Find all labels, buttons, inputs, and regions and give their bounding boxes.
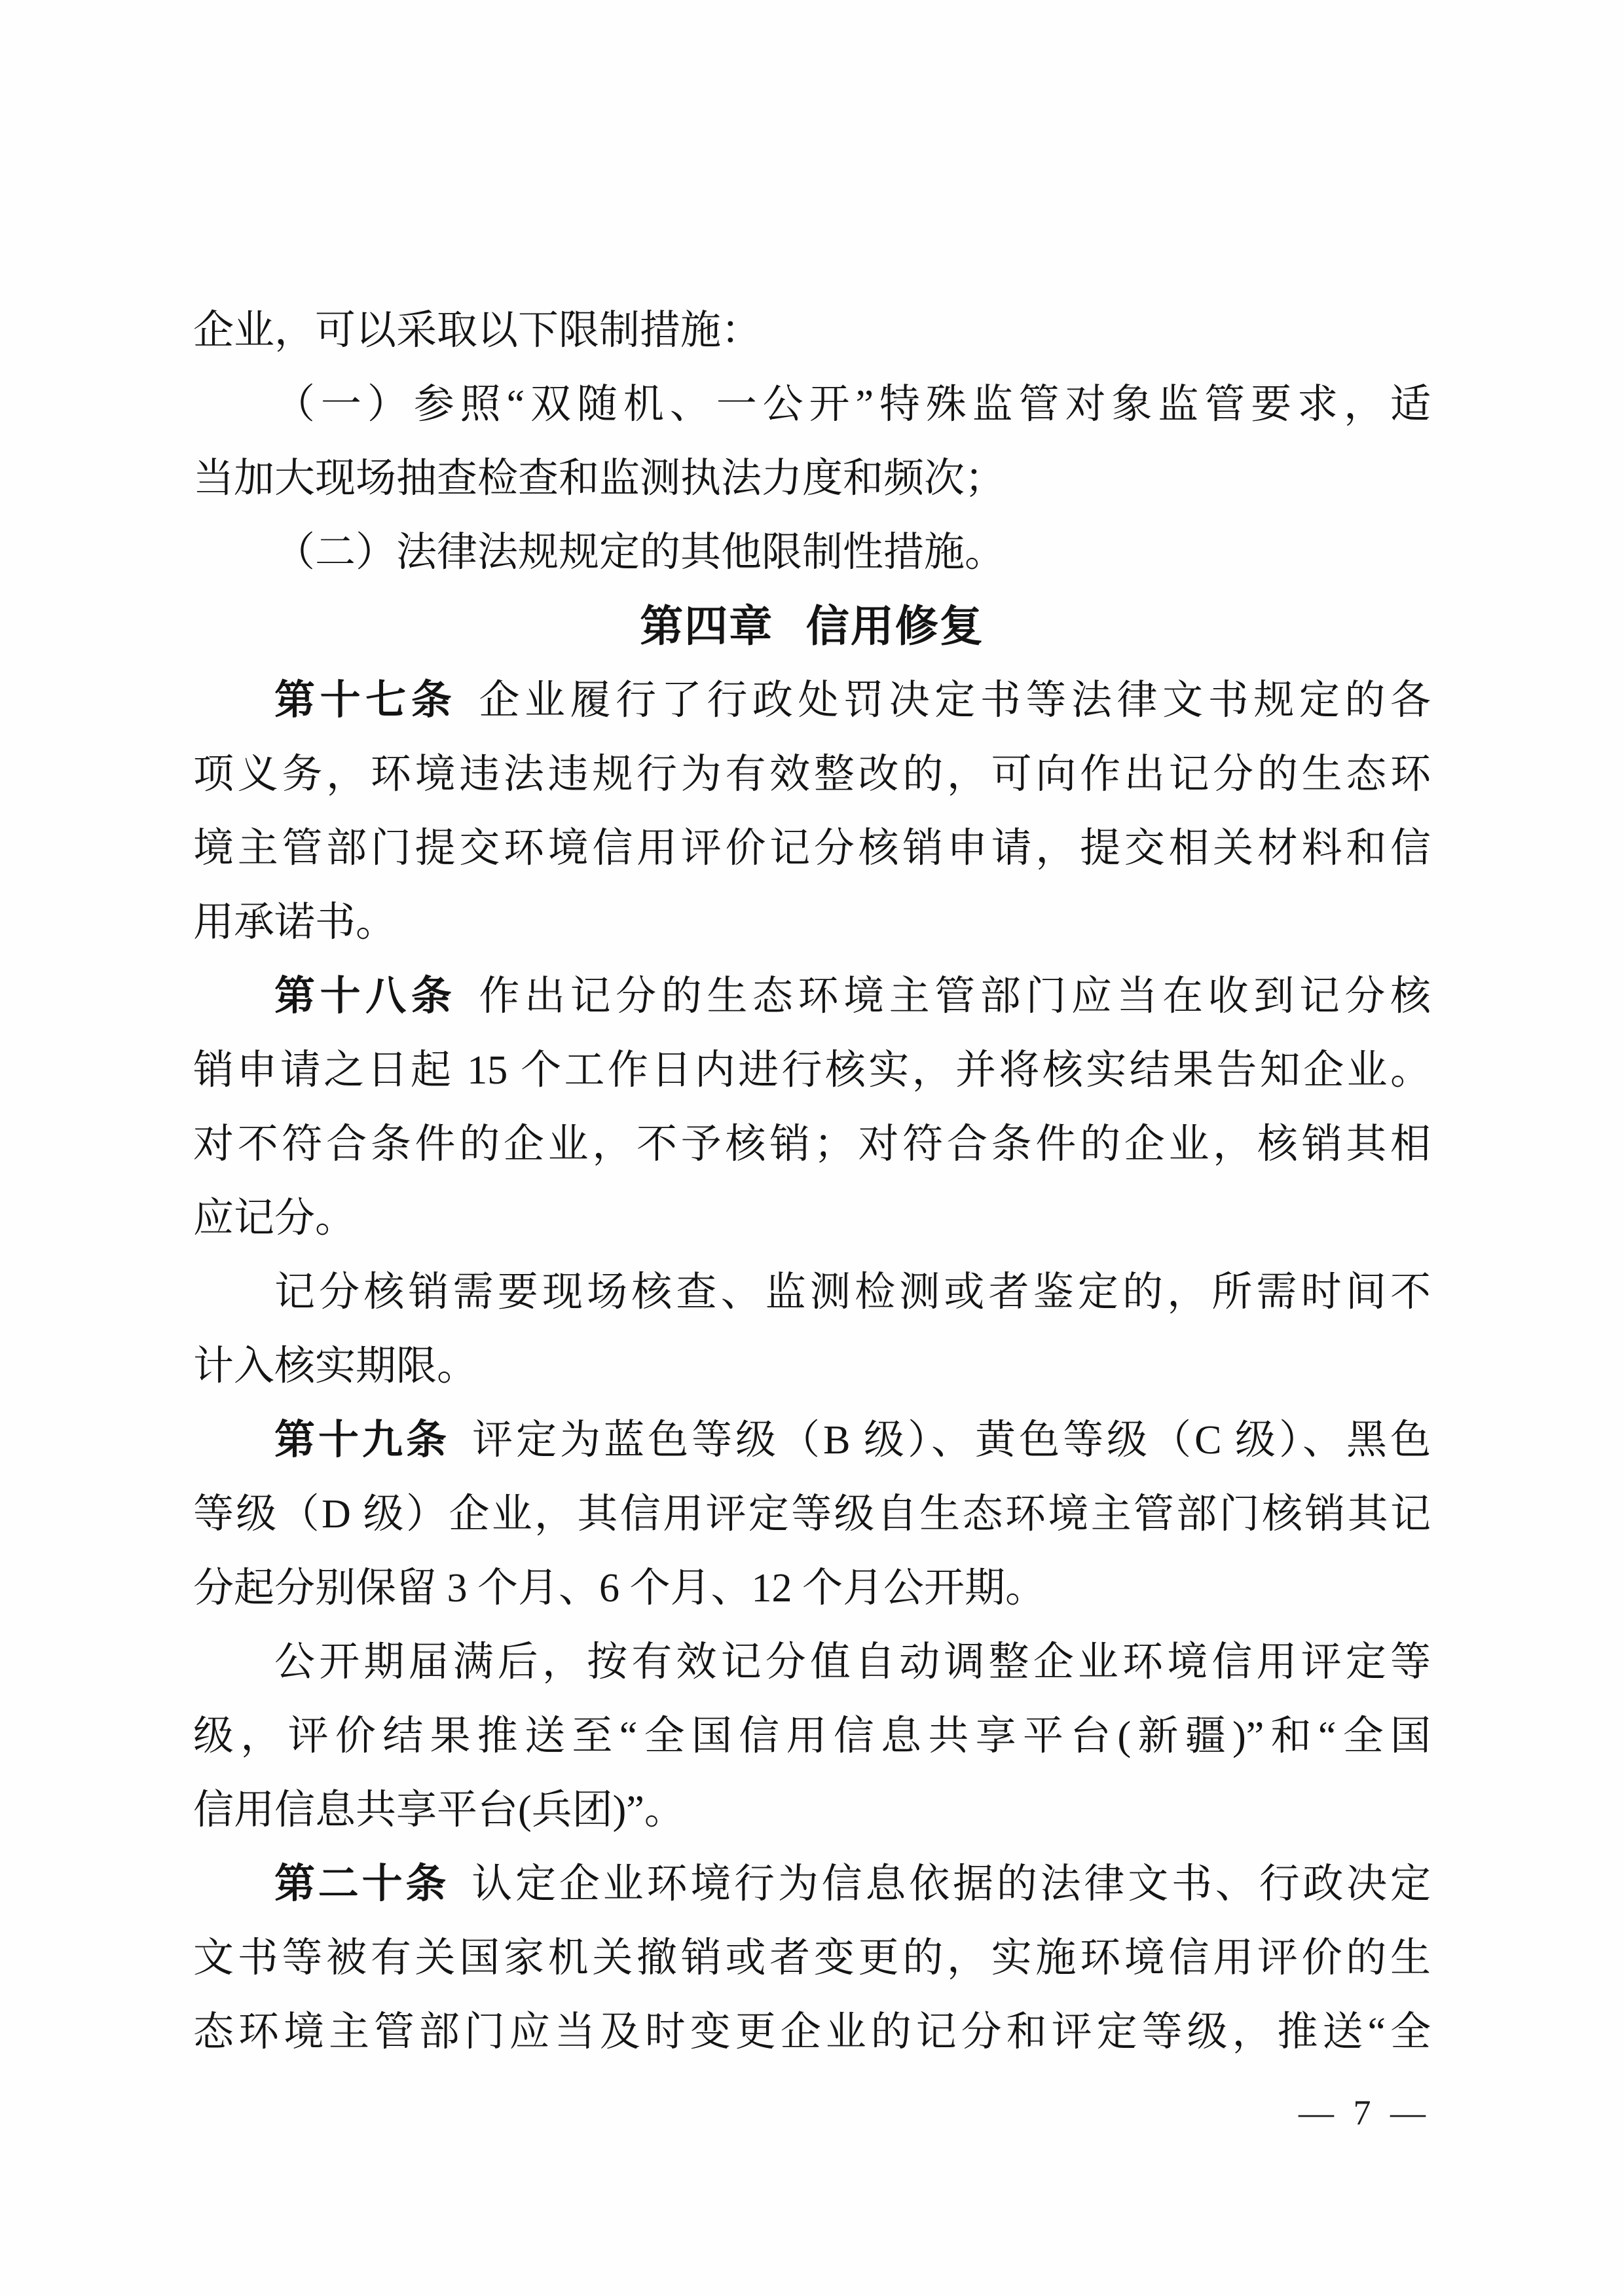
text-line: 级，评价结果推送至“全国信用信息共享平台(新疆)”和“全国	[193, 1699, 1431, 1773]
text-line: 第十九条评定为蓝色等级（B 级）、黄色等级（C 级）、黑色	[193, 1403, 1431, 1477]
text-line: （一）参照“双随机、一公开”特殊监管对象监管要求，适	[193, 367, 1431, 441]
line-text: 用承诺书。	[193, 900, 396, 945]
document-body: 企业，可以采取以下限制措施： （一）参照“双随机、一公开”特殊监管对象监管要求，…	[193, 293, 1431, 2069]
line-text: 境主管部门提交环境信用评价记分核销申请，提交相关材料和信	[193, 826, 1431, 871]
text-line: 当加大现场抽查检查和监测执法力度和频次；	[193, 441, 1431, 515]
chapter-heading: 第四章信用修复	[193, 589, 1431, 663]
line-text: 对不符合条件的企业，不予核销；对符合条件的企业，核销其相	[193, 1122, 1431, 1167]
line-text: 企业，可以采取以下限制措施：	[193, 308, 762, 353]
text-line: 文书等被有关国家机关撤销或者变更的，实施环境信用评价的生	[193, 1921, 1431, 1995]
line-text: 级，评价结果推送至“全国信用信息共享平台(新疆)”和“全国	[193, 1714, 1431, 1758]
text-line: 企业，可以采取以下限制措施：	[193, 293, 1431, 367]
text-line: 第十七条企业履行了行政处罚决定书等法律文书规定的各	[193, 663, 1431, 737]
article-number-bold: 第二十条	[274, 1861, 449, 1906]
line-text: 当加大现场抽查检查和监测执法力度和频次；	[193, 456, 1005, 501]
text-line: 分起分别保留 3 个月、6 个月、12 个月公开期。	[193, 1551, 1431, 1625]
text-line: 用承诺书。	[193, 885, 1431, 959]
text-line: 项义务，环境违法违规行为有效整改的，可向作出记分的生态环	[193, 737, 1431, 811]
text-line: 记分核销需要现场核查、监测检测或者鉴定的，所需时间不	[193, 1255, 1431, 1329]
line-text: 公开期届满后，按有效记分值自动调整企业环境信用评定等	[274, 1640, 1431, 1685]
article-number-bold: 第十八条	[274, 974, 456, 1019]
line-text: 企业履行了行政处罚决定书等法律文书规定的各	[479, 678, 1431, 723]
line-text: 评定为蓝色等级（B 级）、黄色等级（C 级）、黑色	[472, 1418, 1431, 1463]
text-line: 计入核实期限。	[193, 1329, 1431, 1403]
line-text: 记分核销需要现场核查、监测检测或者鉴定的，所需时间不	[274, 1270, 1431, 1315]
text-line: 信用信息共享平台(兵团)”。	[193, 1773, 1431, 1847]
text-line: 销申请之日起 15 个工作日内进行核实，并将核实结果告知企业。	[193, 1033, 1431, 1107]
line-text: 作出记分的生态环境主管部门应当在收到记分核	[479, 974, 1431, 1019]
line-text: 认定企业环境行为信息依据的法律文书、行政决定	[471, 1862, 1431, 1906]
article-number-bold: 第十七条	[274, 678, 456, 723]
text-line: （二）法律法规规定的其他限制性措施。	[193, 515, 1431, 589]
line-text: 信用信息共享平台(兵团)”。	[193, 1788, 685, 1832]
chapter-title: 信用修复	[806, 602, 984, 650]
line-text: 销申请之日起 15 个工作日内进行核实，并将核实结果告知企业。	[193, 1048, 1431, 1093]
line-text: 计入核实期限。	[193, 1344, 477, 1389]
text-line: 态环境主管部门应当及时变更企业的记分和评定等级，推送“全	[193, 1995, 1431, 2069]
line-text: 应记分。	[193, 1196, 356, 1241]
text-line: 第二十条认定企业环境行为信息依据的法律文书、行政决定	[193, 1847, 1431, 1921]
text-line: 等级（D 级）企业，其信用评定等级自生态环境主管部门核销其记	[193, 1477, 1431, 1551]
line-text: （一）参照“双随机、一公开”特殊监管对象监管要求，适	[274, 382, 1431, 427]
line-text: （二）法律法规规定的其他限制性措施。	[274, 530, 1005, 575]
text-line: 第十八条作出记分的生态环境主管部门应当在收到记分核	[193, 959, 1431, 1033]
page-number: — 7 —	[1299, 2092, 1431, 2133]
article-number-bold: 第十九条	[274, 1417, 450, 1463]
line-text: 项义务，环境违法违规行为有效整改的，可向作出记分的生态环	[193, 752, 1431, 797]
chapter-number: 第四章	[640, 602, 773, 650]
text-line: 应记分。	[193, 1181, 1431, 1255]
text-line: 对不符合条件的企业，不予核销；对符合条件的企业，核销其相	[193, 1107, 1431, 1181]
line-text: 分起分别保留 3 个月、6 个月、12 个月公开期。	[193, 1566, 1046, 1611]
document-page: 企业，可以采取以下限制措施： （一）参照“双随机、一公开”特殊监管对象监管要求，…	[0, 0, 1624, 2296]
text-line: 公开期届满后，按有效记分值自动调整企业环境信用评定等	[193, 1625, 1431, 1699]
line-text: 等级（D 级）企业，其信用评定等级自生态环境主管部门核销其记	[193, 1492, 1431, 1537]
text-line: 境主管部门提交环境信用评价记分核销申请，提交相关材料和信	[193, 811, 1431, 885]
line-text: 文书等被有关国家机关撤销或者变更的，实施环境信用评价的生	[193, 1936, 1431, 1980]
line-text: 态环境主管部门应当及时变更企业的记分和评定等级，推送“全	[193, 2010, 1431, 2054]
